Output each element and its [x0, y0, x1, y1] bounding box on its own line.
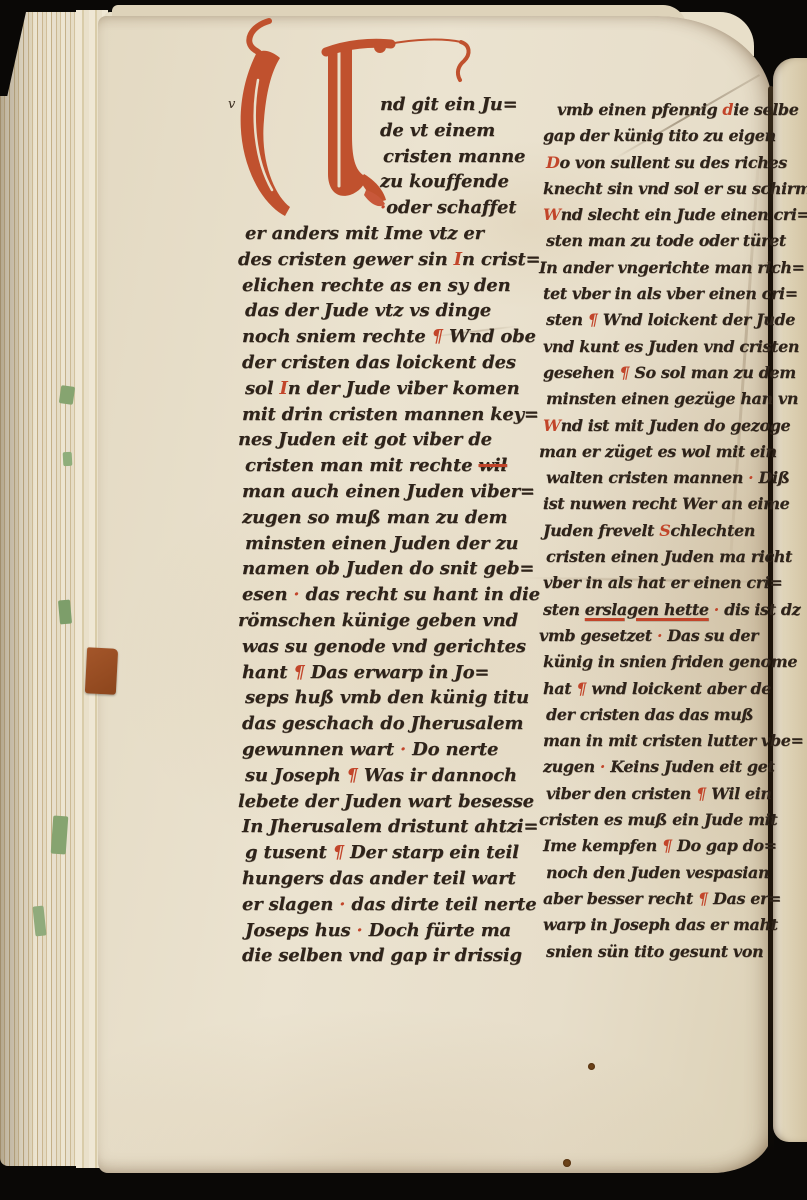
manuscript-line: nd git ein Ju= [242, 92, 532, 118]
manuscript-line: zugen so muß man zu dem [242, 505, 532, 531]
manuscript-line: hungers das ander teil wart [242, 866, 532, 892]
text-segment: Doch fürte ma [363, 920, 511, 941]
text-segment: Das su der [662, 626, 758, 645]
text-segment: zugen [543, 757, 600, 776]
manuscript-line: der cristen das loickent des [242, 350, 532, 376]
text-segment: walten cristen mannen [546, 468, 748, 487]
manuscript-line: cristen einen Juden ma richt [546, 544, 783, 570]
manuscript-line: In ander vngerichte man rich= [539, 255, 783, 281]
rubric-mark: ¶ [293, 662, 304, 683]
manuscript-line: Juden frevelt Schlechten [543, 518, 783, 544]
rubric-mark: ¶ [619, 363, 629, 382]
manuscript-line: gesehen ¶ So sol man zu dem [543, 360, 783, 386]
manuscript-line: gewunnen wart · Do nerte [242, 737, 532, 763]
text-segment: künig in snien friden genome [543, 652, 797, 671]
text-segment: das geschach do Jherusalem [242, 713, 523, 734]
manuscript-line: Wnd ist mit Juden do gezoge [543, 413, 783, 439]
text-segment: cristen manne [383, 146, 525, 167]
text-segment: zu kouffende [380, 171, 509, 192]
text-segment: der cristen das das muß [546, 705, 753, 724]
text-segment: Keins Juden eit get [605, 757, 774, 776]
text-segment: warp in Joseph das er maht [543, 915, 778, 934]
manuscript-line: römschen künige geben vnd [238, 608, 532, 634]
text-segment: wnd loickent aber de [586, 679, 771, 698]
manuscript-line: künig in snien friden genome [543, 649, 783, 675]
text-segment: sten man zu tode oder türet [546, 231, 786, 250]
text-segment: viber den cristen [546, 784, 696, 803]
manuscript-line: g tusent ¶ Der starp ein teil [245, 840, 532, 866]
text-segment: tet vber in als vber einen cri= [543, 284, 798, 303]
text-segment: Ime kempfen [543, 836, 662, 855]
margin-mark: v [228, 97, 235, 112]
text-segment: seps huß vmb den künig titu [245, 687, 529, 708]
manuscript-line: minsten einen gezüge han vn [546, 386, 783, 412]
text-segment: In Jherusalem dristunt ahtzi= [242, 816, 538, 837]
text-segment: er anders mit Ime vtz er [245, 223, 484, 244]
text-segment: cristen man mit rechte [245, 455, 478, 476]
text-segment: vmb gesetzet [539, 626, 657, 645]
text-segment: knecht sin vnd sol er su schirm [543, 179, 807, 198]
left-text-column: nd git ein Ju=de vt einemcristen mannezu… [242, 92, 532, 969]
text-segment: sol [245, 378, 279, 399]
text-segment: lebete der Juden wart besesse [238, 791, 534, 812]
text-segment: noch den Juden vespasian [546, 863, 769, 882]
text-segment: oder schaffet [386, 197, 516, 218]
manuscript-line: vmb einen pfennig die selbe [543, 97, 783, 123]
text-segment: snien sün tito gesunt von [546, 942, 763, 961]
text-segment: nd slecht ein Jude einen cri= [561, 205, 807, 224]
wormhole [563, 1159, 571, 1167]
text-segment: Diß [753, 468, 789, 487]
manuscript-line: esen · das recht su hant in die [242, 582, 532, 608]
rubric-mark: ¶ [333, 842, 344, 863]
manuscript-line: de vt einem [242, 118, 532, 144]
green-bookmark-tab [51, 816, 69, 855]
manuscript-line: aber besser recht ¶ Das er= [543, 886, 783, 912]
green-bookmark-tab [63, 452, 73, 466]
manuscript-line: Wnd slecht ein Jude einen cri= [543, 202, 783, 228]
rubric-mark: ¶ [347, 765, 358, 786]
manuscript-line: vmb gesetzet · Das su der [539, 623, 783, 649]
rubric-mark: W [543, 205, 561, 224]
text-segment: aber besser recht [543, 889, 698, 908]
manuscript-line: zugen · Keins Juden eit get [543, 754, 783, 780]
manuscript-line: su Joseph ¶ Was ir dannoch [245, 763, 532, 789]
text-segment: dis ist dz [719, 600, 800, 619]
text-segment: man in mit cristen lutter vbe= [543, 731, 804, 750]
manuscript-line: knecht sin vnd sol er su schirm [543, 176, 783, 202]
text-segment: Joseps hus [245, 920, 356, 941]
manuscript-line: Ime kempfen ¶ Do gap do= [543, 833, 783, 859]
manuscript-line: was su genode vnd gerichtes [242, 634, 532, 660]
text-segment: was su genode vnd gerichtes [242, 636, 526, 657]
text-segment: vnd kunt es Juden vnd cristen [543, 337, 799, 356]
text-segment: cristen es muß ein Jude mit [539, 810, 777, 829]
right-text-column: vmb einen pfennig die selbegap der künig… [543, 97, 783, 965]
text-segment: nd ist mit Juden do gezoge [561, 416, 791, 435]
text-segment: elichen rechte as en sy den [242, 275, 510, 296]
text-segment: minsten einen Juden der zu [245, 533, 518, 554]
manuscript-line: sten erslagen hette · dis ist dz [543, 597, 783, 623]
manuscript-line: nes Juden eit got viber de [238, 427, 532, 453]
text-segment: ist nuwen recht Wer an eime [543, 494, 789, 513]
rubric-mark: ¶ [662, 836, 672, 855]
manuscript-line: mit drin cristen mannen key= [242, 402, 532, 428]
rubric-mark: D [546, 153, 559, 172]
text-segment: man er züget es wol mit ein [539, 442, 777, 461]
manuscript-line: noch sniem rechte ¶ Wnd obe [242, 324, 532, 350]
manuscript-line: sten man zu tode oder türet [546, 228, 783, 254]
text-segment: In ander vngerichte man rich= [539, 258, 805, 277]
green-bookmark-tab [59, 385, 75, 405]
manuscript-line: viber den cristen ¶ Wil ein [546, 781, 783, 807]
text-segment: das dirte teil nerte [345, 894, 536, 915]
text-segment: gewunnen wart [242, 739, 400, 760]
manuscript-line: cristen es muß ein Jude mit [539, 807, 783, 833]
manuscript-line: vnd kunt es Juden vnd cristen [543, 334, 783, 360]
rubric-mark: ¶ [576, 679, 586, 698]
text-segment: des cristen gewer sin [238, 249, 454, 270]
text-segment: Do gap do= [672, 836, 777, 855]
text-segment: nes Juden eit got viber de [238, 429, 492, 450]
text-segment: zugen so muß man zu dem [242, 507, 507, 528]
manuscript-line: gap der künig tito zu eigen [543, 123, 783, 149]
manuscript-line: das geschach do Jherusalem [242, 711, 532, 737]
text-segment: n crist= [462, 249, 541, 270]
text-segment: chlechten [670, 521, 755, 540]
text-segment: vber in als hat er einen cri= [543, 573, 782, 592]
text-segment: gap der künig tito zu eigen [543, 126, 776, 145]
manuscript-line: das der Jude vtz vs dinge [245, 298, 532, 324]
text-segment: gesehen [543, 363, 619, 382]
text-segment: o von sullent su des riches [559, 153, 786, 172]
manuscript-line: man er züget es wol mit ein [539, 439, 783, 465]
text-segment: das der Jude vtz vs dinge [245, 300, 491, 321]
text-segment: das recht su hant in die [299, 584, 539, 605]
initial-letter-label: V [0, 0, 1, 1]
manuscript-line: man auch einen Juden viber= [242, 479, 532, 505]
manuscript-line: seps huß vmb den künig titu [245, 685, 532, 711]
manuscript-line: sol In der Jude viber komen [245, 376, 532, 402]
manuscript-line: vber in als hat er einen cri= [543, 570, 783, 596]
rubric-mark: ¶ [588, 310, 598, 329]
text-segment: man auch einen Juden viber= [242, 481, 535, 502]
text-segment: cristen einen Juden ma richt [546, 547, 792, 566]
rubric-mark: ¶ [432, 326, 443, 347]
text-segment: su Joseph [245, 765, 347, 786]
text-segment: Wnd obe [443, 326, 536, 347]
text-segment: hungers das ander teil wart [242, 868, 516, 889]
leather-repair-tab [85, 647, 118, 695]
manuscript-line: die selben vnd gap ir drissig [242, 943, 532, 969]
manuscript-line: hant ¶ Das erwarp in Jo= [242, 660, 532, 686]
manuscript-line: snien sün tito gesunt von [546, 939, 783, 965]
rubric-mark: S [659, 521, 670, 540]
manuscript-line: ·oder schaffet [242, 195, 532, 221]
manuscript-line: walten cristen mannen · Diß [546, 465, 783, 491]
text-segment: Was ir dannoch [358, 765, 517, 786]
text-segment: er slagen [242, 894, 339, 915]
text-segment: noch sniem rechte [242, 326, 432, 347]
manuscript-line: warp in Joseph das er maht [543, 912, 783, 938]
text-segment: ie selbe [733, 100, 798, 119]
text-segment: Das erwarp in Jo= [305, 662, 490, 683]
manuscript-line: tet vber in als vber einen cri= [543, 281, 783, 307]
wormhole [588, 1063, 595, 1070]
text-segment: Do nerte [406, 739, 498, 760]
manuscript-line: Joseps hus · Doch fürte ma [245, 918, 532, 944]
text-segment: Der starp ein teil [344, 842, 519, 863]
text-segment: nd git ein Ju= [380, 94, 517, 115]
text-segment: die selben vnd gap ir drissig [242, 945, 522, 966]
rubric-mark: ¶ [698, 889, 708, 908]
text-segment: vmb einen pfennig [557, 100, 722, 119]
text-segment: hat [543, 679, 576, 698]
text-segment: de vt einem [380, 120, 495, 141]
manuscript-line: namen ob Juden do snit geb= [242, 556, 532, 582]
manuscript-line: elichen rechte as en sy den [242, 273, 532, 299]
text-segment: namen ob Juden do snit geb= [242, 558, 534, 579]
manuscript-line: ist nuwen recht Wer an eime [543, 491, 783, 517]
rubric-mark: erslagen hette [585, 600, 709, 619]
text-segment: römschen künige geben vnd [238, 610, 518, 631]
manuscript-line: noch den Juden vespasian [546, 860, 783, 886]
manuscript-line: minsten einen Juden der zu [245, 531, 532, 557]
text-segment: n der Jude viber komen [288, 378, 520, 399]
text-segment: Wil ein [706, 784, 772, 803]
text-segment: g tusent [245, 842, 333, 863]
manuscript-line: er slagen · das dirte teil nerte [242, 892, 532, 918]
manuscript-line: er anders mit Ime vtz er [245, 221, 532, 247]
manuscript-line: sten ¶ Wnd loickent der Jude [546, 307, 783, 333]
rubric-mark: I [454, 249, 462, 270]
text-segment: mit drin cristen mannen key= [242, 404, 539, 425]
text-segment: Wnd loickent der Jude [598, 310, 796, 329]
text-segment: sten [543, 600, 585, 619]
rubric-mark: ¶ [696, 784, 706, 803]
text-segment: Juden frevelt [543, 521, 659, 540]
green-bookmark-tab [58, 600, 72, 625]
manuscript-line: In Jherusalem dristunt ahtzi= [242, 814, 532, 840]
text-segment: So sol man zu dem [629, 363, 796, 382]
manuscript-line: des cristen gewer sin In crist= [238, 247, 532, 273]
rubric-mark: I [279, 378, 287, 399]
manuscript-photo: V v nd git ein Ju=de vt einemcristen man… [0, 0, 807, 1200]
manuscript-line: der cristen das das muß [546, 702, 783, 728]
rubric-mark: wil [478, 455, 507, 476]
text-segment: Das er= [708, 889, 781, 908]
text-segment: der cristen das loickent des [242, 352, 516, 373]
manuscript-line: hat ¶ wnd loickent aber de [543, 676, 783, 702]
rubric-mark: W [543, 416, 561, 435]
manuscript-line: Do von sullent su des riches [546, 150, 783, 176]
manuscript-line: zu kouffende [242, 169, 532, 195]
text-segment: sten [546, 310, 588, 329]
text-segment: esen [242, 584, 293, 605]
rubric-mark: d [722, 100, 733, 119]
text-segment: minsten einen gezüge han vn [546, 389, 798, 408]
manuscript-line: cristen man mit rechte wil [245, 453, 532, 479]
manuscript-line: lebete der Juden wart besesse [238, 789, 532, 815]
text-segment: hant [242, 662, 293, 683]
manuscript-line: man in mit cristen lutter vbe= [543, 728, 783, 754]
manuscript-line: cristen manne [245, 144, 532, 170]
